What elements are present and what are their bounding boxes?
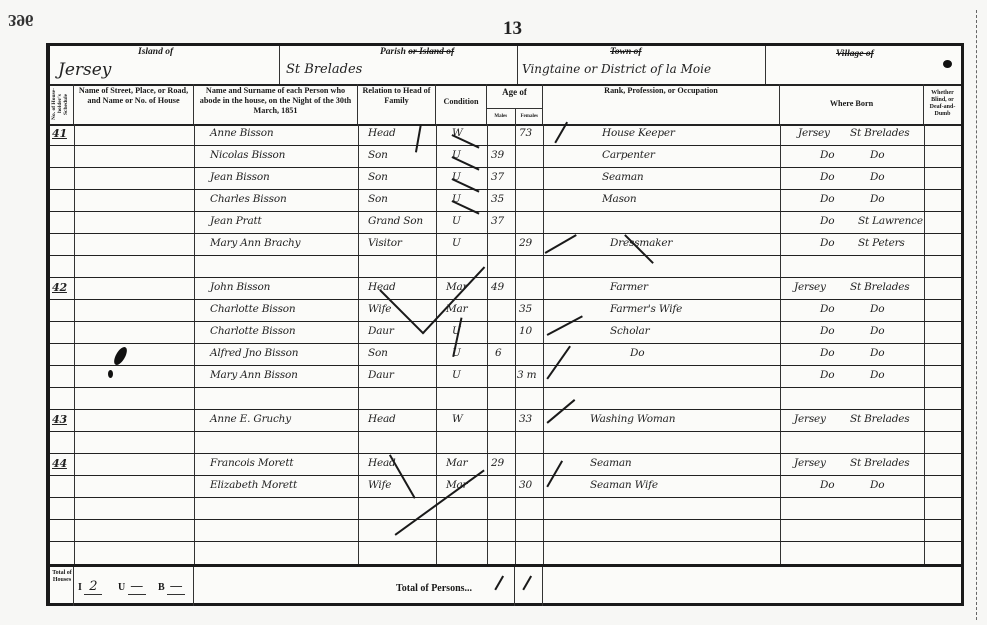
folio-number: 396 [8, 10, 34, 30]
table-row: Jean Pratt Grand Son U 37 Do St Lawrence [50, 212, 961, 234]
census-sheet: Island of Jersey Parish or Island of St … [46, 43, 964, 606]
island-value: Jersey [58, 60, 111, 80]
table-row: 41 Anne Bisson Head W 73 House Keeper Je… [50, 124, 961, 146]
table-row: Charlotte Bisson Daur U 10 Scholar Do Do [50, 322, 961, 344]
table-row [50, 520, 961, 542]
table-row: Charlotte Bisson Wife Mar 35 Farmer's Wi… [50, 300, 961, 322]
uninhabited-count: — [128, 579, 146, 595]
page-edge [976, 10, 977, 620]
place-header: Island of Jersey Parish or Island of St … [50, 46, 961, 86]
parish-cell: Parish or Island of St Brelades [280, 46, 518, 84]
total-females [515, 567, 543, 606]
table-row: Jean Bisson Son U 37 Seaman Do Do [50, 168, 961, 190]
table-row: Mary Ann Bisson Daur U 3 m Do Do [50, 366, 961, 388]
inhabited-count: 2 [84, 579, 102, 595]
town-label: Town of [610, 47, 642, 57]
column-headers: No. of House-holder's Schedule Name of S… [50, 84, 961, 126]
total-houses-label: Total of Houses [50, 570, 74, 584]
table-row [50, 256, 961, 278]
header-age: Age of Males Females [487, 84, 543, 124]
table-row: Mary Ann Brachy Visitor U 29 Dressmaker … [50, 234, 961, 256]
ink-blot [943, 60, 952, 68]
header-street: Name of Street, Place, or Road, and Name… [74, 84, 194, 124]
table-row: Elizabeth Morett Wife Mar 30 Seaman Wife… [50, 476, 961, 498]
page-number: 13 [503, 18, 522, 40]
table-row: 42 John Bisson Head Mar 49 Farmer Jersey… [50, 278, 961, 300]
ink-blot [108, 370, 113, 378]
table-row: Charles Bisson Son U 35 Mason Do Do [50, 190, 961, 212]
total-males [487, 567, 515, 606]
island-label: Island of [138, 47, 173, 57]
census-body: 41 Anne Bisson Head W 73 House Keeper Je… [50, 124, 961, 564]
table-row: Alfred Jno Bisson Son U 6 Do Do Do [50, 344, 961, 366]
header-occupation: Rank, Profession, or Occupation [543, 84, 780, 124]
header-condition: Condition [436, 84, 487, 124]
total-persons-label: Total of Persons... [396, 583, 472, 594]
total-houses-fields: I 2 U — B — [74, 567, 194, 606]
island-cell: Island of Jersey [50, 46, 280, 84]
building-count: — [167, 579, 185, 595]
header-blind-deaf: Whether Blind, or Deaf-and-Dumb [924, 84, 961, 124]
header-name: Name and Surname of each Person who abod… [194, 84, 358, 124]
header-relation: Relation to Head of Family [358, 84, 436, 124]
village-cell: Village of [766, 46, 961, 84]
totals-row: Total of Houses I 2 U — B — Total of Per… [50, 564, 961, 606]
town-value: Vingtaine or District of la Moie [522, 62, 711, 76]
town-cell: Town of Vingtaine or District of la Moie [518, 46, 766, 84]
parish-label: Parish or Island of [380, 47, 454, 57]
header-where-born: Where Born [780, 84, 924, 124]
header-males: Males [487, 109, 515, 124]
header-females: Females [515, 109, 544, 124]
parish-value: St Brelades [286, 62, 362, 77]
table-row [50, 498, 961, 520]
village-label: Village of [836, 49, 874, 59]
table-row: 44 Francois Morett Head Mar 29 Seaman Je… [50, 454, 961, 476]
table-row: 43 Anne E. Gruchy Head W 33 Washing Woma… [50, 410, 961, 432]
header-house-no: No. of House-holder's Schedule [50, 84, 74, 124]
table-row [50, 542, 961, 564]
table-row [50, 388, 961, 410]
table-row [50, 432, 961, 454]
table-row: Nicolas Bisson Son U 39 Carpenter Do Do [50, 146, 961, 168]
